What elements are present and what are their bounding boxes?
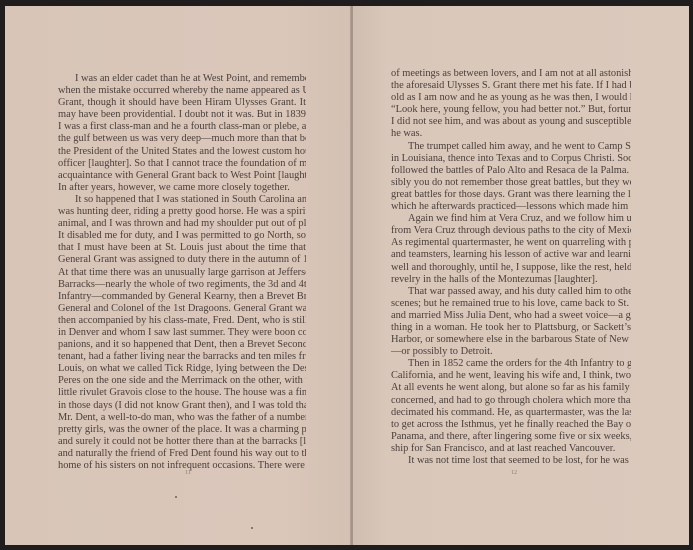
text-line: panions, and it so happened that Dent, t…	[58, 339, 306, 351]
text-line: from Vera Cruz through devious paths to …	[391, 225, 631, 237]
text-line: In after years, however, we came more cl…	[58, 182, 306, 194]
paper-speck	[251, 527, 253, 529]
text-line: to get across the Isthmus, yet he finall…	[391, 419, 631, 431]
text-line: It was not time lost that seemed to be l…	[391, 455, 631, 467]
text-line: the aforesaid Ulysses S. Grant there met…	[391, 80, 631, 92]
text-line: ship for San Francisco, and at last reac…	[391, 443, 631, 455]
text-line: I did not see him, and was about as youn…	[391, 116, 631, 128]
text-line: may have been providential. I doubt not …	[58, 109, 306, 121]
text-line: Panama, and there, after lingering some …	[391, 431, 631, 443]
text-line: and naturally the friend of Fred Dent fo…	[58, 448, 306, 460]
text-line: in those days (I did not know Grant then…	[58, 400, 306, 412]
text-line: when the mistake occurred whereby the na…	[58, 85, 306, 97]
text-line: The trumpet called him away, and he went…	[391, 141, 631, 153]
text-line: well and thoroughly, until he, I suppose…	[391, 262, 631, 274]
text-line: old as I am now and he as young as he wa…	[391, 92, 631, 104]
text-line: the President of the United States and t…	[58, 146, 306, 158]
text-line: in Denver and whom I saw last summer. Th…	[58, 327, 306, 339]
text-line: Peres on the one side and the Merrimack …	[58, 375, 306, 387]
text-line: Louis, on what we called Tick Ridge, lyi…	[58, 363, 306, 375]
text-line: was hunting deer, riding a pretty good h…	[58, 206, 306, 218]
text-line: Harbor, or somewhere else in the barbaro…	[391, 334, 631, 346]
right-page: of meetings as between lovers, and I am …	[353, 6, 689, 545]
text-line: followed the battles of Palo Alto and Re…	[391, 165, 631, 177]
text-line: acquaintance with General Grant back to …	[58, 170, 306, 182]
text-line: decimated his command. He, as quartermas…	[391, 407, 631, 419]
left-page: I was an elder cadet than he at West Poi…	[5, 6, 352, 545]
right-page-text: of meetings as between lovers, and I am …	[391, 68, 631, 467]
text-line: General and Colonel of the 1st Dragoons.…	[58, 303, 306, 315]
text-line: At that time there was an unusually larg…	[58, 267, 306, 279]
text-line: Infantry—commanded by General Kearny, th…	[58, 291, 306, 303]
text-line: officer [laughter]. So that I cannot tra…	[58, 158, 306, 170]
text-line: California, and he went, leaving his wif…	[391, 370, 631, 382]
text-line: great battles for those days. Grant was …	[391, 189, 631, 201]
text-line: then accompanied by his class-mate, Fred…	[58, 315, 306, 327]
text-line: he was.	[391, 128, 631, 140]
text-line: That war passed away, and his duty calle…	[391, 286, 631, 298]
text-line: revelry in the halls of the Montezumas […	[391, 274, 631, 286]
text-line: Barracks—nearly the whole of two regimen…	[58, 279, 306, 291]
text-line: General Grant was assigned to duty there…	[58, 254, 306, 266]
text-line: At all events he went along, but alone s…	[391, 382, 631, 394]
text-line: As regimental quartermaster, he went on …	[391, 237, 631, 249]
text-line: Grant, though it should have been Hiram …	[58, 97, 306, 109]
book-spread: I was an elder cadet than he at West Poi…	[5, 6, 689, 545]
text-line: thing in a woman. He took her to Plattsb…	[391, 322, 631, 334]
text-line: in Louisiana, thence into Texas and to C…	[391, 153, 631, 165]
text-line: —or possibly to Detroit.	[391, 346, 631, 358]
text-line: concerned, and had to go through cholera…	[391, 395, 631, 407]
left-page-text: I was an elder cadet than he at West Poi…	[58, 73, 306, 472]
text-line: and teamsters, learning his lesson of ac…	[391, 249, 631, 261]
text-line: Then in 1852 came the orders for the 4th…	[391, 358, 631, 370]
text-line: that I must have been at St. Louis just …	[58, 242, 306, 254]
text-line: home of his sisters on not infrequent oc…	[58, 460, 306, 472]
text-line: sibly you do not remember those great ba…	[391, 177, 631, 189]
text-line: Mr. Dent, a well-to-do man, who was the …	[58, 412, 306, 424]
text-line: and surely it could not be hotter there …	[58, 436, 306, 448]
text-line: which he afterwards practiced—lessons wh…	[391, 201, 631, 213]
text-line: little rivulet Gravois close to the hous…	[58, 387, 306, 399]
text-line: It disabled me for duty, and I was permi…	[58, 230, 306, 242]
left-page-number: 11	[185, 470, 191, 476]
text-line: I was an elder cadet than he at West Poi…	[58, 73, 306, 85]
text-line: tenant, had a father living near the bar…	[58, 351, 306, 363]
text-line: and married Miss Julia Dent, who had a s…	[391, 310, 631, 322]
text-line: Again we find him at Vera Cruz, and we f…	[391, 213, 631, 225]
paper-speck	[175, 496, 177, 498]
text-line: scenes; but he remained true to his love…	[391, 298, 631, 310]
text-line: I was a first class-man and he a fourth …	[58, 121, 306, 133]
text-line: of meetings as between lovers, and I am …	[391, 68, 631, 80]
text-line: “Look here, young fellow, you had better…	[391, 104, 631, 116]
right-page-number: 12	[511, 470, 517, 476]
text-line: It so happened that I was stationed in S…	[58, 194, 306, 206]
text-line: pretty girls, was the owner of the place…	[58, 424, 306, 436]
text-line: the gulf between us was very deep—much m…	[58, 133, 306, 145]
text-line: animal, and I was thrown and had my shou…	[58, 218, 306, 230]
